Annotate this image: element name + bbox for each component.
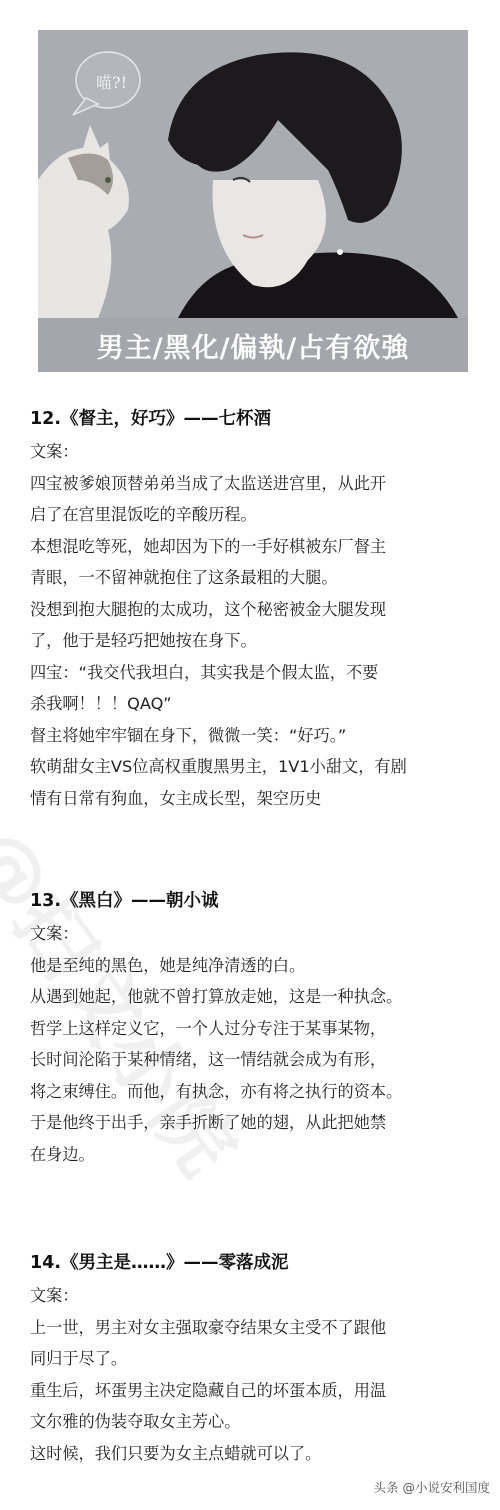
summary-label: 文案： [30, 1280, 480, 1312]
book-entry-13: 13.《黑白》——朝小诚 文案： 他是至纯的黑色，她是纯净清透的白。 从遇到她起… [30, 888, 480, 1170]
summary-line: 哲学上这样定义它，一个人过分专注于某事某物， [30, 1013, 480, 1045]
summary-line: 杀我啊！！！QAQ” [30, 688, 480, 720]
summary-line: 长时间沦陷于某种情绪，这一情结就会成为有形， [30, 1044, 480, 1076]
summary-line: 从遇到她起，他就不曾打算放走她，这是一种执念。 [30, 981, 480, 1013]
summary-line: 上一世，男主对女主强取豪夺结果女主受不了跟他 [30, 1312, 480, 1344]
book-title: 14.《男主是……》——零落成泥 [30, 1250, 480, 1276]
summary-line: 启了在宫里混饭吃的辛酸历程。 [30, 499, 480, 531]
summary-label: 文案： [30, 918, 480, 950]
book-title: 12.《督主，好巧》——七杯酒 [30, 406, 480, 432]
summary-line: 软萌甜女主VS位高权重腹黑男主，1V1小甜文，有剧 [30, 751, 480, 783]
summary-line: 同归于尽了。 [30, 1343, 480, 1375]
summary-line: 在身边。 [30, 1139, 480, 1171]
summary-line: 他是至纯的黑色，她是纯净清透的白。 [30, 950, 480, 982]
summary-line: 督主将她牢牢锢在身下，微微一笑：“好巧。” [30, 720, 480, 752]
summary-line: 重生后，坏蛋男主决定隐藏自己的坏蛋本质，用温 [30, 1375, 480, 1407]
summary-line: 四宝：“我交代我坦白，其实我是个假太监，不要 [30, 657, 480, 689]
summary-line: 将之束缚住。而他，有执念，亦有将之执行的资本。 [30, 1076, 480, 1108]
summary-line: 这时候，我们只要为女主点蜡就可以了。 [30, 1438, 480, 1470]
book-entry-12: 12.《督主，好巧》——七杯酒 文案： 四宝被爹娘顶替弟弟当成了太监送进宫里，从… [30, 406, 480, 814]
cover-image: 喵?! 男主/黑化/偏執/占有欲強 [38, 30, 468, 372]
summary-label: 文案： [30, 436, 480, 468]
summary-line: 文尔雅的伪装夺取女主芳心。 [30, 1406, 480, 1438]
source-attribution: 头条 @小说安利国度 [374, 1478, 490, 1496]
book-title: 13.《黑白》——朝小诚 [30, 888, 480, 914]
summary-line: 青眼，一不留神就抱住了这条最粗的大腿。 [30, 562, 480, 594]
book-entry-14: 14.《男主是……》——零落成泥 文案： 上一世，男主对女主强取豪夺结果女主受不… [30, 1250, 480, 1469]
summary-line: 没想到抱大腿抱的太成功，这个秘密被金大腿发现 [30, 594, 480, 626]
summary-line: 于是他终于出手，亲手折断了她的翅，从此把她禁 [30, 1107, 480, 1139]
summary-line: 情有日常有狗血，女主成长型，架空历史 [30, 783, 480, 815]
illustration: 喵?! [38, 30, 468, 318]
summary-line: 本想混吃等死，她却因为下的一手好棋被东厂督主 [30, 531, 480, 563]
cover-caption: 男主/黑化/偏執/占有欲強 [38, 318, 468, 372]
summary-line: 四宝被爹娘顶替弟弟当成了太监送进宫里，从此开 [30, 468, 480, 500]
summary-line: 了，他于是轻巧把她按在身下。 [30, 625, 480, 657]
speech-bubble-text: 喵?! [96, 73, 127, 92]
